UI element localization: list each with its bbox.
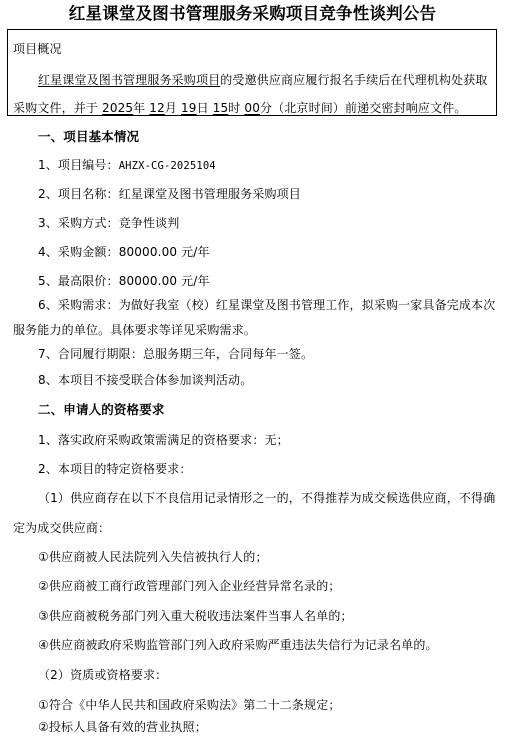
section-1-item-6: 6、采购需求：为做好我室（校）红星课堂及图书管理工作，拟采购一家具备完成本次	[38, 297, 495, 313]
section-1-item-4: 4、采购金额：80000.00 元/年	[38, 244, 210, 260]
credit-point-1: ①供应商被人民法院列入失信被执行人的；	[38, 549, 268, 565]
section-2-sub1-line-1: （1）供应商存在以下不良信用记录情形之一的，不得推荐为成交候选供应商，不得确	[38, 490, 495, 506]
section-2-item-1: 1、落实政府采购政策需满足的资格要求：无；	[38, 432, 289, 448]
project-number: AHZX-CG-2025104	[119, 160, 216, 172]
section-1-item-3: 3、采购方式：竞争性谈判	[38, 215, 179, 231]
item-label: 1、项目编号：	[38, 158, 119, 172]
item-label: 4、采购金额：	[38, 245, 119, 259]
item-label: 5、最高限价：	[38, 274, 119, 288]
credit-point-2: ②供应商被工商行政管理部门列入企业经营异常名录的；	[38, 578, 341, 594]
item-label: 2、项目名称：	[38, 187, 119, 201]
overview-label: 项目概况	[13, 41, 62, 57]
project-name: 红星课堂及图书管理服务采购项目	[119, 187, 301, 201]
item-label: 7、合同履行期限：	[38, 347, 143, 361]
credit-point-3: ③供应商被税务部门列入重大税收违法案件当事人名单的；	[38, 608, 353, 624]
section-2-item-2: 2、本项目的特定资格要求：	[38, 461, 192, 477]
section-1-item-6-continuation: 服务能力的单位。具体要求等详见采购需求。	[13, 322, 256, 338]
deadline-month: 12	[149, 101, 165, 115]
qualification-point-1: ①符合《中华人民共和国政府采购法》第二十二条规定；	[38, 697, 341, 713]
section-2-heading: 二、申请人的资格要求	[38, 402, 165, 418]
item-label: 8、	[38, 373, 58, 387]
minute-suffix: 分（北京时间）前递交密封响应文件。	[260, 101, 467, 115]
section-1-item-8: 8、本项目不接受联合体参加谈判活动。	[38, 372, 252, 388]
contract-term: 总服务期三年，合同每年一签。	[143, 347, 313, 361]
deadline-minute: 00	[244, 101, 260, 115]
section-1-item-5: 5、最高限价：80000.00 元/年	[38, 273, 210, 289]
day-suffix: 日	[197, 101, 209, 115]
section-1-item-1: 1、项目编号：AHZX-CG-2025104	[38, 157, 216, 174]
year-suffix: 年	[133, 101, 145, 115]
section-1-item-2: 2、项目名称：红星课堂及图书管理服务采购项目	[38, 186, 301, 202]
item-label: 3、采购方式：	[38, 216, 119, 230]
procurement-requirement: 为做好我室（校）红星课堂及图书管理工作，拟采购一家具备完成本次	[119, 298, 496, 312]
section-2-sub1-line-2: 定为成交供应商：	[13, 520, 110, 536]
overview-line-2-prefix: 采购文件，并于	[13, 101, 98, 115]
procurement-amount: 80000.00 元/年	[119, 245, 210, 259]
overview-line-1: 红星课堂及图书管理服务采购项目的受邀供应商应履行报名手续后在代理机构处获取	[38, 72, 488, 88]
month-suffix: 月	[165, 101, 177, 115]
section-1-heading: 一、项目基本情况	[38, 129, 139, 145]
item-label: 6、采购需求：	[38, 298, 119, 312]
deadline-year: 2025	[102, 101, 133, 115]
deadline-day: 19	[181, 101, 197, 115]
deadline-hour: 15	[213, 101, 229, 115]
credit-point-4: ④供应商被政府采购监管部门列入政府采购严重违法失信行为记录名单的。	[38, 637, 438, 653]
section-1-item-7: 7、合同履行期限：总服务期三年，合同每年一签。	[38, 346, 313, 362]
qualification-point-2: ②投标人具备有效的营业执照；	[38, 719, 207, 735]
overview-line-1-rest: 的受邀供应商应履行报名手续后在代理机构处获取	[220, 73, 487, 87]
procurement-method: 竞争性谈判	[119, 216, 180, 230]
consortium-note: 本项目不接受联合体参加谈判活动。	[58, 373, 252, 387]
overview-line-2: 采购文件，并于 2025年 12月 19日 15时 00分（北京时间）前递交密封…	[13, 100, 467, 116]
max-price: 80000.00 元/年	[119, 274, 210, 288]
hour-suffix: 时	[228, 101, 240, 115]
document-title: 红星课堂及图书管理服务采购项目竞争性谈判公告	[0, 3, 505, 25]
project-name-link[interactable]: 红星课堂及图书管理服务采购项目	[38, 73, 220, 87]
section-2-sub2-heading: （2）资质或资格要求：	[38, 667, 167, 683]
